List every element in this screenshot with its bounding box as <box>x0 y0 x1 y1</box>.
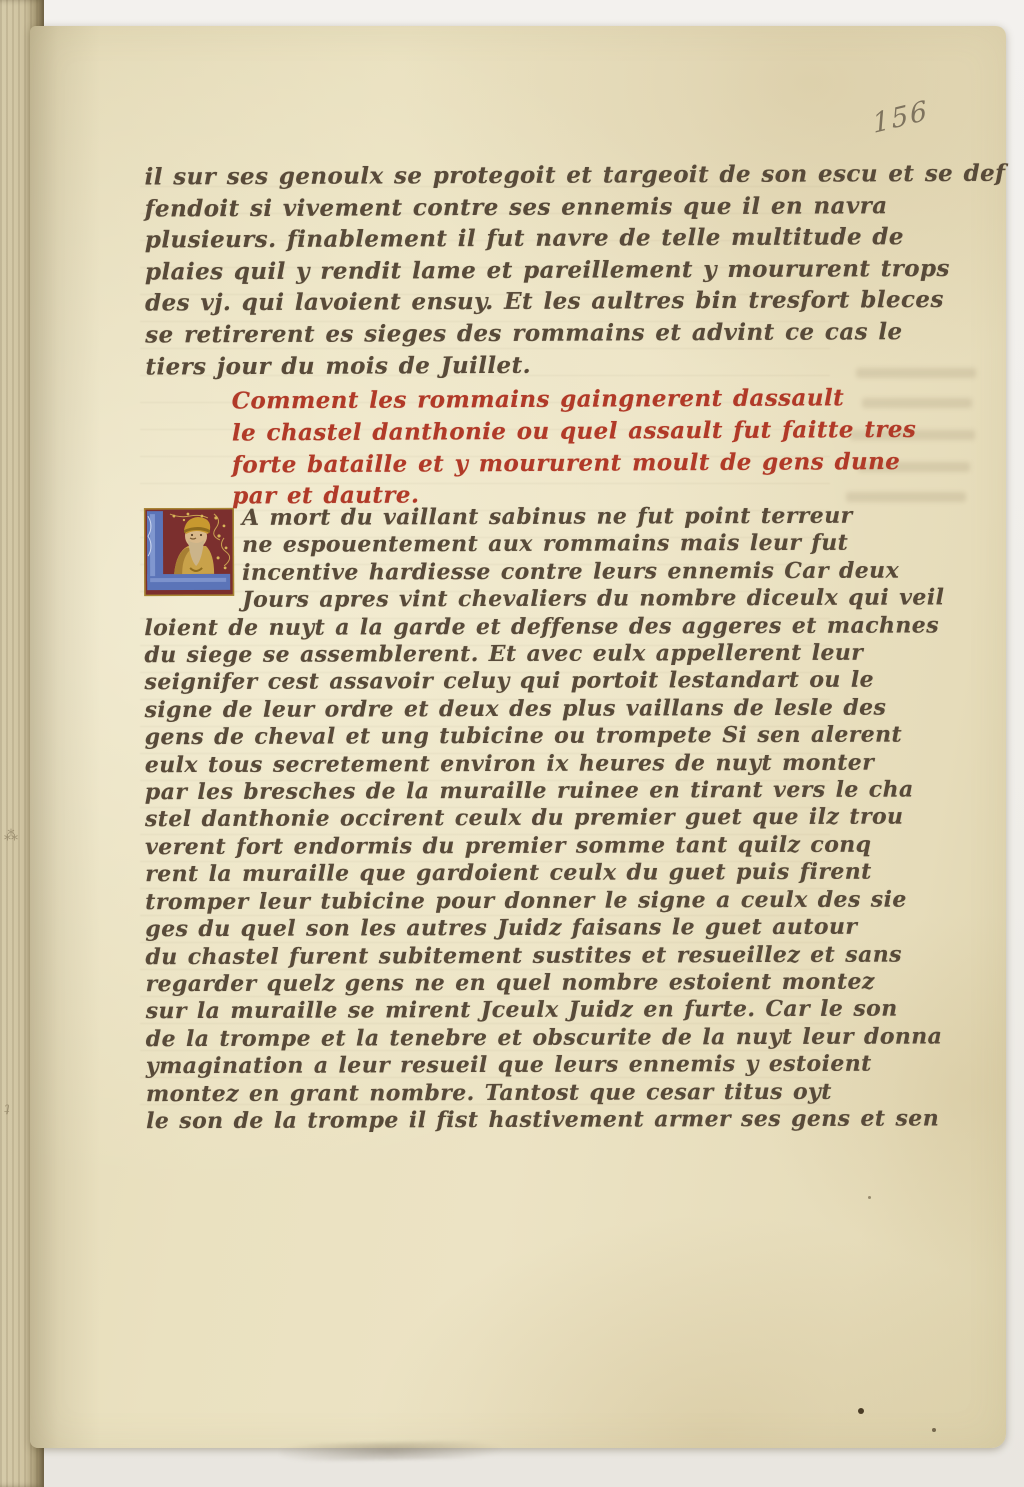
manuscript-text-line: stel danthonie occirent ceulx du premier… <box>145 804 821 834</box>
manuscript-text-line: du siege se assemblerent. Et avec eulx a… <box>144 640 820 670</box>
opening-paragraph: il sur ses genoulx se protegoit et targe… <box>145 159 824 383</box>
parchment-speck <box>868 1196 871 1199</box>
manuscript-text-line: tromper leur tubicine pour donner le sig… <box>145 887 821 917</box>
manuscript-text-line: Comment les rommains gaingnerent dassaul… <box>232 383 802 418</box>
manuscript-text-line: se retirerent es sieges des rommains et … <box>145 316 823 351</box>
illuminated-initial-icon <box>144 508 234 596</box>
manuscript-text-line: Jours apres vint chevaliers du nombre di… <box>144 585 820 615</box>
manuscript-text-line: A mort du vaillant sabinus ne fut point … <box>144 503 820 533</box>
manuscript-text-line: du chastel furent subitement sustites et… <box>145 941 821 971</box>
show-through-ghost-text <box>862 398 972 408</box>
show-through-ghost-text <box>846 492 966 502</box>
body-paragraph: A mort du vaillant sabinus ne fut point … <box>144 503 822 1136</box>
manuscript-text-line: signe de leur ordre et deux des plus vai… <box>145 695 821 725</box>
manuscript-text-line: des vj. qui lavoient ensuy. Et les aultr… <box>145 285 823 320</box>
manuscript-text-line: le son de la trompe il fist hastivement … <box>146 1106 822 1136</box>
manuscript-text-line: plusieurs. finablement il fut navre de t… <box>145 222 823 257</box>
margin-mark: ʇ <box>4 1100 10 1116</box>
gutter-shadow <box>30 26 100 1448</box>
manuscript-text-line: fendoit si vivement contre ses ennemis q… <box>145 190 823 225</box>
manuscript-text-line: ne espouentement aux rommains mais leur … <box>144 530 820 560</box>
body-lines: A mort du vaillant sabinus ne fut point … <box>144 503 822 1136</box>
rubric-heading: Comment les rommains gaingnerent dassaul… <box>232 383 803 513</box>
manuscript-text-line: il sur ses genoulx se protegoit et targe… <box>145 159 823 194</box>
show-through-ghost-text <box>856 368 976 378</box>
manuscript-text-line: montez en grant nombre. Tantost que cesa… <box>146 1078 822 1108</box>
manuscript-text-line: tiers jour du mois de Juillet. <box>145 348 823 383</box>
manuscript-text-line: sur la muraille se mirent Jceulx Juidz e… <box>146 996 822 1026</box>
parchment-speck <box>932 1428 936 1432</box>
manuscript-text-line: plaies quil y rendit lame et pareillemen… <box>145 253 823 288</box>
manuscript-text-line: de la trompe et la tenebre et obscurite … <box>146 1024 822 1054</box>
manuscript-text-line: eulx tous secretement environ ix heures … <box>145 749 821 779</box>
manuscript-text-line: seignifer cest assavoir celuy qui portoi… <box>144 667 820 697</box>
manuscript-text-line: ymagination a leur resueil que leurs enn… <box>146 1051 822 1081</box>
manuscript-text-line: le chastel danthonie ou quel assault fut… <box>232 414 802 449</box>
manuscript-text-line: ges du quel son les autres Juidz faisans… <box>145 914 821 944</box>
parchment-speck <box>858 1408 864 1414</box>
manuscript-text-line: loient de nuyt a la garde et deffense de… <box>144 612 820 642</box>
manuscript-text-line: verent fort endormis du premier somme ta… <box>145 832 821 862</box>
manuscript-text-line: rent la muraille que gardoient ceulx du … <box>145 859 821 889</box>
manuscript-text-line: regarder quelz gens ne en quel nombre es… <box>146 969 822 999</box>
manuscript-text-line: forte bataille et y moururent moult de g… <box>232 446 802 481</box>
manuscript-text-line: gens de cheval et ung tubicine ou trompe… <box>145 722 821 752</box>
margin-mark: ⁂ <box>4 828 18 844</box>
manuscript-text-line: par les bresches de la muraille ruinee e… <box>145 777 821 807</box>
manuscript-text-line: incentive hardiesse contre leurs ennemis… <box>144 558 820 588</box>
